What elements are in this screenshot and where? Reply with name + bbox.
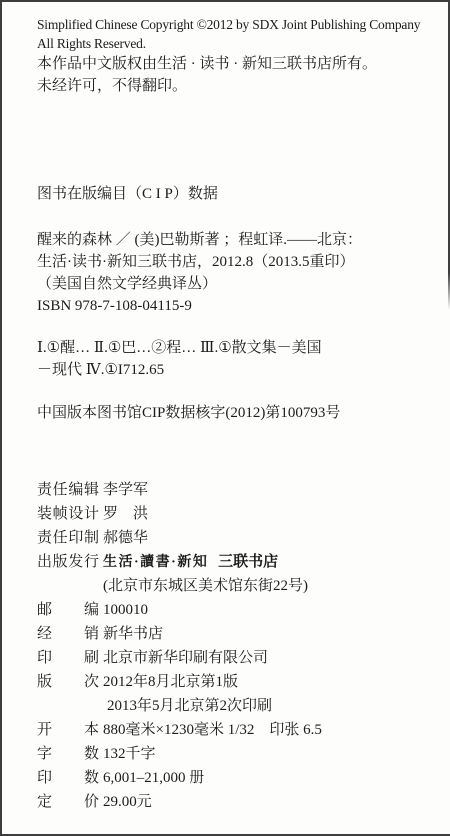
row-value: 北京市新华印刷有限公司 bbox=[103, 646, 268, 667]
copyright-line-en-2: All Rights Reserved. bbox=[37, 34, 436, 53]
colophon-row-wordcount: 字数 132千字 bbox=[37, 742, 436, 766]
edition-second-printing: 2013年5月北京第2次印刷 bbox=[37, 694, 272, 715]
colophon-row-format: 开本 880毫米×1230毫米 1/32 印张 6.5 bbox=[37, 718, 436, 742]
cip-record-number: 中国版本图书馆CIP数据核字(2012)第100793号 bbox=[37, 402, 436, 424]
class-line-2: －现代 Ⅳ.①I712.65 bbox=[37, 359, 436, 381]
classification-block: Ⅰ.①醒… Ⅱ.①巴…②程… Ⅲ.①散文集－美国 －现代 Ⅳ.①I712.65 … bbox=[37, 337, 436, 424]
row-value: 新华书店 bbox=[103, 622, 163, 643]
publisher-name: 生活·讀書·新知 三联书店 bbox=[103, 550, 278, 571]
cip-block: 图书在版编目（C I P）数据 醒来的森林 ／ (美)巴勒斯著 ；程虹译.——北… bbox=[37, 183, 436, 317]
publisher-name-text: 三联书店 bbox=[218, 554, 278, 570]
colophon-row-publisher: 出版发行 生活·讀書·新知 三联书店 bbox=[37, 550, 436, 574]
colophon-row-edition: 版次 2012年8月北京第1版 bbox=[37, 670, 436, 694]
cip-entry-line-2: 生活·读书·新知三联书店，2012.8（2013.5重印） bbox=[37, 251, 436, 273]
row-label: 邮编 bbox=[37, 598, 99, 619]
row-value: 29.00元 bbox=[103, 790, 152, 811]
colophon-block: 责任编辑 李学军 装帧设计 罗 洪 责任印制 郝德华 出版发行 生活·讀書·新知… bbox=[37, 478, 436, 814]
row-value: 2012年8月北京第1版 bbox=[103, 670, 238, 691]
class-line-1: Ⅰ.①醒… Ⅱ.①巴…②程… Ⅲ.①散文集－美国 bbox=[37, 337, 436, 359]
publisher-logo-script: 生活·讀書·新知 bbox=[103, 555, 208, 570]
colophon-row-designer: 装帧设计 罗 洪 bbox=[37, 502, 436, 526]
copyright-line-cn-1: 本作品中文版权由生活 · 读书 · 新知三联书店所有。 bbox=[37, 53, 436, 75]
row-value: 100010 bbox=[103, 602, 148, 619]
colophon-row-editor: 责任编辑 李学军 bbox=[37, 478, 436, 502]
row-label: 版次 bbox=[37, 670, 99, 691]
class-spacer bbox=[37, 381, 436, 402]
cip-isbn: ISBN 978-7-108-04115-9 bbox=[37, 295, 436, 317]
colophon-row-edition-2: 2013年5月北京第2次印刷 bbox=[37, 694, 436, 718]
row-label: 印刷 bbox=[37, 646, 99, 667]
row-value: 郝德华 bbox=[103, 526, 148, 547]
row-label: 责任印制 bbox=[37, 526, 99, 547]
colophon-row-print-supervisor: 责任印制 郝德华 bbox=[37, 526, 436, 550]
row-label: 装帧设计 bbox=[37, 502, 99, 523]
row-label: 印数 bbox=[37, 766, 99, 787]
cip-spacer bbox=[37, 205, 436, 229]
row-label: 定价 bbox=[37, 790, 99, 811]
row-value: 880毫米×1230毫米 1/32 印张 6.5 bbox=[103, 718, 322, 739]
row-label: 开本 bbox=[37, 718, 99, 739]
cip-heading: 图书在版编目（C I P）数据 bbox=[37, 183, 436, 205]
colophon-row-distributor: 经销 新华书店 bbox=[37, 622, 436, 646]
row-value: 罗 洪 bbox=[103, 502, 148, 523]
row-label: 字数 bbox=[37, 742, 99, 763]
copyright-line-cn-2: 未经许可，不得翻印。 bbox=[37, 75, 436, 97]
colophon-row-printrun: 印数 6,001–21,000 册 bbox=[37, 766, 436, 790]
cip-series: （美国自然文学经典译丛） bbox=[37, 273, 436, 295]
colophon-row-postcode: 邮编 100010 bbox=[37, 598, 436, 622]
row-value: 6,001–21,000 册 bbox=[103, 766, 204, 787]
scan-edge-left bbox=[0, 0, 2, 836]
row-value: 132千字 bbox=[103, 742, 156, 763]
cip-entry-line-1: 醒来的森林 ／ (美)巴勒斯著 ；程虹译.——北京： bbox=[37, 229, 436, 251]
row-label: 出版发行 bbox=[37, 550, 99, 571]
scan-edge-top bbox=[0, 0, 450, 2]
publisher-address: (北京市东城区美术馆东街22号) bbox=[37, 574, 308, 595]
colophon-row-address: (北京市东城区美术馆东街22号) bbox=[37, 574, 436, 598]
copyright-block: Simplified Chinese Copyright ©2012 by SD… bbox=[37, 15, 436, 97]
row-label: 责任编辑 bbox=[37, 478, 99, 499]
row-label: 经销 bbox=[37, 622, 99, 643]
colophon-row-price: 定价 29.00元 bbox=[37, 790, 436, 814]
row-value: 李学军 bbox=[103, 478, 148, 499]
book-copyright-page: Simplified Chinese Copyright ©2012 by SD… bbox=[0, 0, 450, 836]
copyright-line-en-1: Simplified Chinese Copyright ©2012 by SD… bbox=[37, 15, 436, 34]
colophon-row-printer: 印刷 北京市新华印刷有限公司 bbox=[37, 646, 436, 670]
